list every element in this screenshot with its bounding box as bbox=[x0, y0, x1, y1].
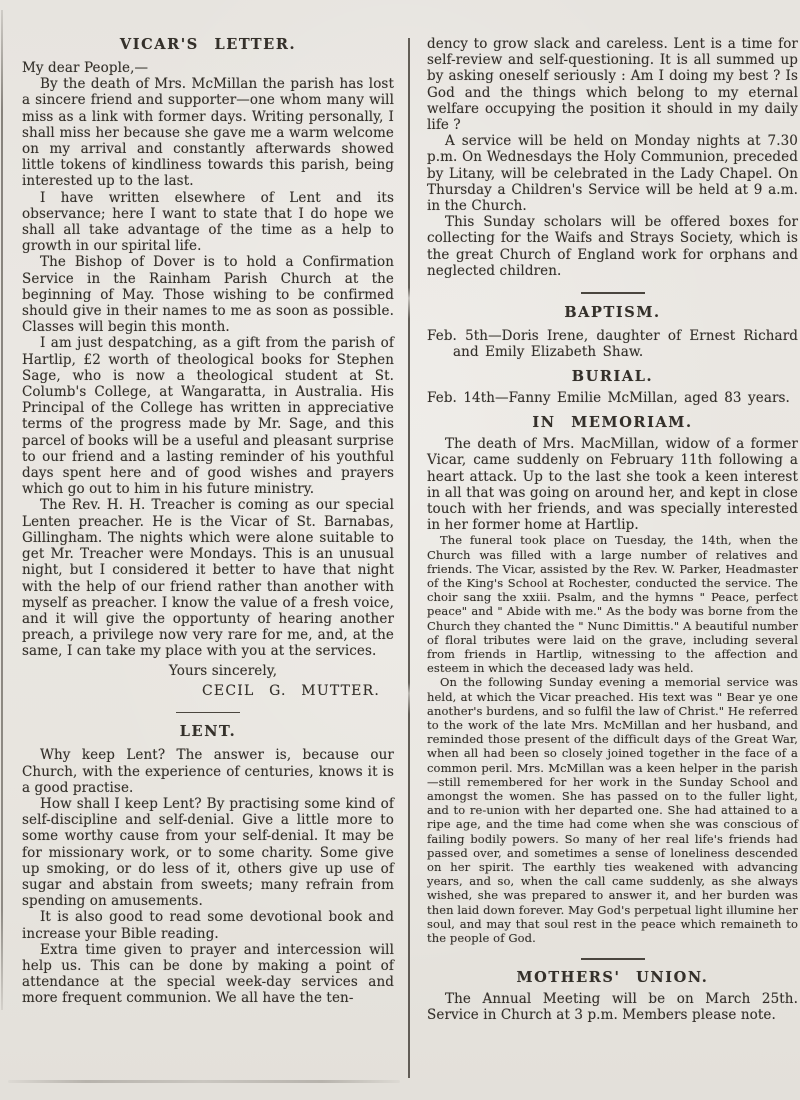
paragraph: I have written elsewhere of Lent and its… bbox=[22, 190, 394, 255]
paragraph: The Bishop of Dover is to hold a Confirm… bbox=[22, 254, 394, 335]
paragraph: Why keep Lent? The answer is, because ou… bbox=[22, 747, 394, 796]
salutation: My dear People,— bbox=[22, 60, 394, 76]
paragraph: The death of Mrs. MacMillan, widow of a … bbox=[427, 436, 798, 533]
paragraph: dency to grow slack and careless. Lent i… bbox=[427, 36, 798, 133]
paragraph: Extra time given to prayer and intercess… bbox=[22, 942, 394, 1007]
section-title-mothers-union: MOTHERS' UNION. bbox=[427, 969, 798, 986]
magazine-page: VICAR'S LETTER. My dear People,— By the … bbox=[0, 0, 800, 1100]
letter-signature: CECIL G. MUTTER. bbox=[22, 683, 394, 699]
paragraph: It is also good to read some devotional … bbox=[22, 909, 394, 941]
column-divider-rule bbox=[408, 38, 410, 1078]
column-left: VICAR'S LETTER. My dear People,— By the … bbox=[22, 36, 394, 1007]
baptism-entry: Feb. 5th—Doris Irene, daughter of Ernest… bbox=[427, 328, 798, 360]
burial-entry: Feb. 14th—Fanny Emilie McMillan, aged 83… bbox=[427, 390, 798, 406]
paragraph: The Annual Meeting will be on March 25th… bbox=[427, 991, 798, 1023]
paragraph: On the following Sunday evening a memori… bbox=[427, 675, 798, 945]
paragraph: The funeral took place on Tuesday, the 1… bbox=[427, 533, 798, 675]
separator-rule bbox=[176, 712, 240, 714]
column-right: dency to grow slack and careless. Lent i… bbox=[427, 36, 798, 1023]
paragraph: The Rev. H. H. Treacher is coming as our… bbox=[22, 497, 394, 659]
separator-rule bbox=[581, 292, 645, 294]
letter-closing: Yours sincerely, bbox=[22, 663, 394, 679]
section-title-in-memoriam: IN MEMORIAM. bbox=[427, 414, 798, 431]
paragraph: I am just despatching, as a gift from th… bbox=[22, 335, 394, 497]
section-title-baptism: BAPTISM. bbox=[427, 304, 798, 321]
section-title-vicars-letter: VICAR'S LETTER. bbox=[22, 36, 394, 53]
paragraph: By the death of Mrs. McMillan the parish… bbox=[22, 76, 394, 189]
section-title-lent: LENT. bbox=[22, 723, 394, 740]
scan-smudge-artifact bbox=[8, 1080, 400, 1083]
scan-edge-artifact bbox=[1, 10, 3, 1010]
separator-rule bbox=[581, 958, 645, 960]
paragraph: How shall I keep Lent? By practising som… bbox=[22, 796, 394, 909]
section-title-burial: BURIAL. bbox=[427, 368, 798, 385]
in-memoriam-detail: The funeral took place on Tuesday, the 1… bbox=[427, 533, 798, 945]
paragraph: This Sunday scholars will be offered box… bbox=[427, 214, 798, 279]
paragraph: A service will be held on Monday nights … bbox=[427, 133, 798, 214]
